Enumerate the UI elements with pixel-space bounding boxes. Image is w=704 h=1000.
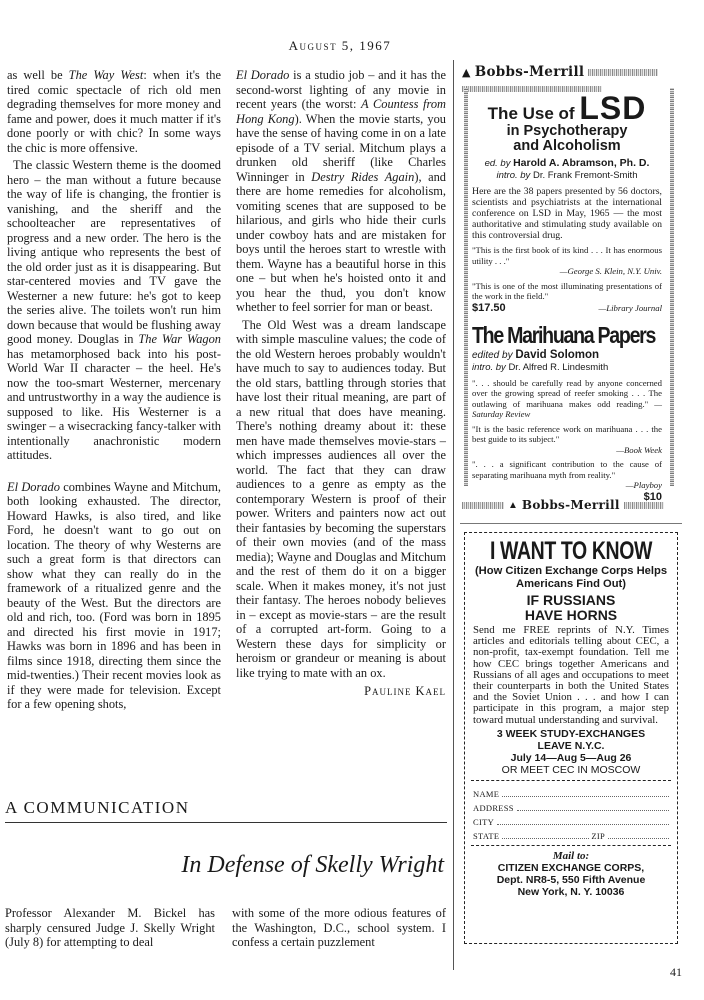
section-heading: A COMMUNICATION — [5, 798, 189, 818]
address-field[interactable]: ADDRESS — [465, 799, 677, 813]
book1-title: The Use of LSD — [472, 98, 662, 124]
review-paragraph: The Old West was a dream landscape with … — [236, 318, 446, 681]
review-paragraph: El Dorado is a studio job – and it has t… — [236, 68, 446, 315]
mail-address: CITIZEN EXCHANGE CORPS, Dept. NR8-5, 550… — [465, 862, 677, 898]
torch-icon: ▲ — [508, 500, 518, 511]
book2-title: The Marihuana Papers — [472, 322, 634, 349]
cec-headline: I WANT TO KNOW — [488, 537, 653, 565]
review-paragraph: El Dorado combines Wayne and Mitchum, bo… — [7, 480, 221, 712]
book2-quote: ". . . a significant contribution to the… — [472, 459, 662, 491]
cec-subhead: (How Citizen Exchange Corps Helps Americ… — [465, 565, 677, 591]
section-rule — [5, 822, 447, 823]
cec-cta: 3 WEEK STUDY-EXCHANGES LEAVE N.Y.C. July… — [465, 728, 677, 764]
cec-coupon-ad: I WANT TO KNOW (How Citizen Exchange Cor… — [464, 532, 678, 944]
cec-body: Send me FREE reprints of N.Y. Times arti… — [465, 625, 677, 726]
state-zip-field[interactable]: STATE ZIP — [465, 827, 677, 841]
letter-column-2: with some of the more odious features of… — [232, 906, 446, 950]
name-field[interactable]: NAME — [465, 785, 677, 799]
coupon-cut-line — [471, 845, 671, 846]
letter-column-1: Professor Alexander M. Bickel has sharpl… — [5, 906, 215, 950]
book1-quote: "This is the first book of its kind . . … — [472, 245, 662, 277]
author-signature: Pauline Kael — [236, 684, 446, 699]
ad-divider — [460, 523, 682, 524]
city-field[interactable]: CITY — [465, 813, 677, 827]
book1-price: $17.50 — [472, 302, 506, 314]
article-title: In Defense of Skelly Wright — [181, 852, 444, 879]
bobbs-merrill-ad: ▲ Bobbs-Merrill The Use of LSD in Psycho… — [462, 64, 702, 500]
mail-to-label: Mail to: — [465, 850, 677, 862]
page-number: 41 — [670, 965, 682, 980]
book2-intro: intro. by Dr. Alfred R. Lindesmith — [472, 362, 662, 374]
book2-quote: "It is the basic reference work on marih… — [472, 424, 662, 456]
review-column-1: as well be The Way West: when it's the t… — [7, 68, 221, 712]
review-paragraph: as well be The Way West: when it's the t… — [7, 68, 221, 155]
cec-headline-2: IF RUSSIANS HAVE HORNS — [465, 593, 677, 623]
publisher-footer: ▲ Bobbs-Merrill — [462, 498, 702, 512]
page-header-date: August 5, 1967 — [225, 38, 455, 54]
book1-quote: "This is one of the most illuminating pr… — [472, 281, 662, 302]
publisher-logo: ▲ Bobbs-Merrill — [462, 64, 702, 80]
review-paragraph: The classic Western theme is the doomed … — [7, 158, 221, 463]
cec-moscow: OR MEET CEC IN MOSCOW — [465, 764, 677, 776]
book2-editor: edited by David Solomon — [472, 349, 662, 362]
book2-quote: ". . . should be carefully read by anyon… — [472, 378, 662, 420]
column-divider — [453, 60, 454, 970]
texture-bar — [588, 69, 658, 76]
torch-icon: ▲ — [462, 66, 471, 79]
book1-description: Here are the 38 papers presented by 56 d… — [472, 186, 662, 241]
book1-intro: intro. by Dr. Frank Fremont-Smith — [472, 170, 662, 182]
book1-subtitle: in Psychotherapy and Alcoholism — [472, 124, 662, 154]
review-column-2: El Dorado is a studio job – and it has t… — [236, 68, 446, 699]
coupon-cut-line — [471, 780, 671, 781]
book1-editor: ed. by Harold A. Abramson, Ph. D. — [472, 157, 662, 170]
